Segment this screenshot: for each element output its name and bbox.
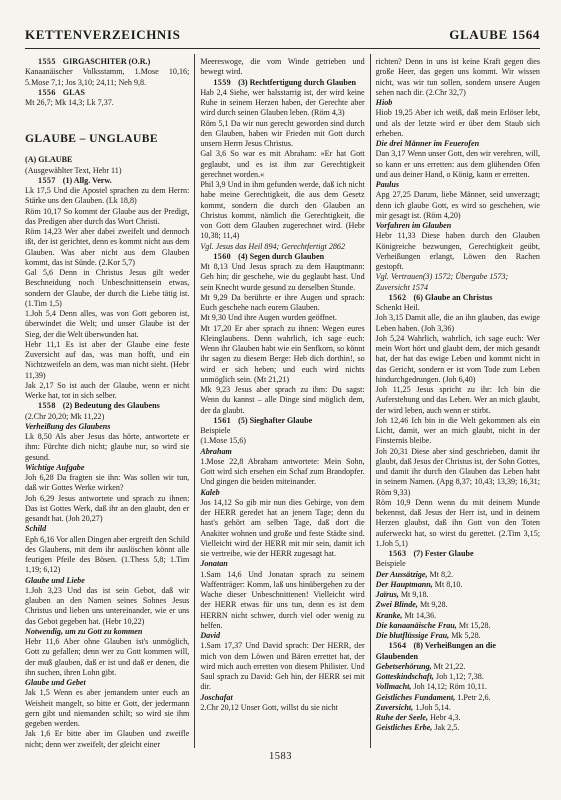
example-name: Kranke, bbox=[376, 611, 403, 620]
example-name: Jaïrus, bbox=[376, 590, 399, 599]
verse-paragraph: Röm 14,23 Wer aber dabei zweifelt und de… bbox=[25, 227, 189, 268]
cross-reference: Vgl. Vertrauen(3) 1572; Übergabe 1573; Z… bbox=[376, 272, 540, 293]
verse-paragraph: 1.Sam 17,37 Und David sprach: Der HERR, … bbox=[200, 641, 364, 692]
entry-heading: 1562(6) Glaube an Christus bbox=[376, 293, 540, 303]
example-reference: Mt 8,2. bbox=[428, 570, 454, 579]
entry-number: 1561 bbox=[213, 416, 231, 425]
topic-subheading: Verheißung des Glaubens bbox=[25, 422, 189, 432]
verse-paragraph: Mt 9,30 Und ihre Augen wurden geöffnet. bbox=[200, 313, 364, 323]
entry-number: 1560 bbox=[213, 252, 231, 261]
example-name: Der Hauptmann, bbox=[376, 580, 433, 589]
page-number: 1583 bbox=[0, 751, 561, 762]
verse-paragraph: 1.Joh 3,23 Und das ist sein Gebot, daß w… bbox=[25, 586, 189, 627]
entry-number: 1563 bbox=[389, 549, 407, 558]
entry-title: (5) Sieghafter Glaube bbox=[238, 416, 312, 425]
verse-paragraph: Röm 10,9 Denn wenn du mit deinem Munde b… bbox=[376, 498, 540, 549]
topic-subheading: Die drei Männer im Feuerofen bbox=[376, 139, 540, 149]
verse-paragraph: Hiob 19,25 Aber ich weiß, daß mein Erlös… bbox=[376, 108, 540, 139]
verse-paragraph: Hab 2,4 Siehe, wer halsstarrig ist, der … bbox=[200, 88, 364, 119]
verse-paragraph: Meereswoge, die vom Winde getrieben und … bbox=[200, 57, 364, 78]
example-item: Vollmacht, Joh 14,12; Röm 10,11. bbox=[376, 682, 540, 692]
verse-paragraph: Gal 5,6 Denn in Christus Jesus gilt wede… bbox=[25, 268, 189, 309]
entry-heading: 1559(3) Rechtfertigung durch Glauben bbox=[200, 78, 364, 88]
entry-heading: 1555GIRGASCHITER (O.R.) bbox=[25, 57, 189, 67]
entry-number: 1558 bbox=[38, 401, 56, 410]
subsection-heading: (A) GLAUBE bbox=[25, 155, 189, 165]
example-reference: Joh 14,12; Röm 10,11. bbox=[411, 682, 486, 691]
topic-subheading: Glaube und Liebe bbox=[25, 576, 189, 586]
entry-heading: 1564(8) Verheißungen an die Glaubenden bbox=[376, 641, 540, 662]
entry-heading: 1557(1) Allg. Verw. bbox=[25, 176, 189, 186]
example-item: Jaïrus, Mt 9,18. bbox=[376, 590, 540, 600]
note-line: (2.Chr 20,20; Mk 11,22) bbox=[25, 412, 189, 422]
example-reference: Mt 9,18. bbox=[399, 590, 429, 599]
verse-paragraph: Hebr 11,6 Aber ohne Glauben ist's unmögl… bbox=[25, 637, 189, 678]
topic-subheading: Schild bbox=[25, 524, 189, 534]
example-reference: Mk 5,28. bbox=[449, 631, 480, 640]
note-line: Beispiele bbox=[200, 426, 364, 436]
example-name: Geistliches Fundament, bbox=[376, 693, 456, 702]
verse-paragraph: Gal 3,6 So war es mit Abraham: »Er hat G… bbox=[200, 149, 364, 180]
verse-paragraph: Röm 5,1 Da wir nun gerecht geworden sind… bbox=[200, 119, 364, 150]
spacer bbox=[25, 145, 189, 155]
example-item: Der Hauptmann, Mt 8,10. bbox=[376, 580, 540, 590]
entry-number: 1559 bbox=[213, 78, 231, 87]
example-item: Kranke, Mt 14,36. bbox=[376, 611, 540, 621]
entry-number: 1555 bbox=[38, 57, 56, 66]
topic-subheading: Kaleb bbox=[200, 488, 364, 498]
verse-paragraph: Joh 12,46 Ich bin in die Welt gekommen a… bbox=[376, 416, 540, 447]
entry-title: GLAS bbox=[63, 88, 85, 97]
verse-paragraph: Mt 8,13 Und Jesus sprach zu dem Hauptman… bbox=[200, 262, 364, 293]
example-name: Die blutflüssige Frau, bbox=[376, 631, 450, 640]
entry-title: (4) Segen durch Glauben bbox=[238, 252, 324, 261]
verse-paragraph: Joh 5,24 Wahrlich, wahrlich, ich sage eu… bbox=[376, 334, 540, 385]
entry-heading: 1563(7) Fester Glaube bbox=[376, 549, 540, 559]
cross-reference: Vgl. Jesus das Heil 894; Gerechtfertigt … bbox=[200, 242, 364, 252]
verse-paragraph: Joh 11,25 Jesus spricht zu ihr: Ich bin … bbox=[376, 385, 540, 416]
verse-paragraph: Jos 14,12 So gib mir nun dies Gebirge, v… bbox=[200, 498, 364, 560]
example-item: Gotteskindschaft, Joh 1,12; 7,38. bbox=[376, 672, 540, 682]
verse-paragraph: Jak 1,6 Er bitte aber im Glauben und zwe… bbox=[25, 729, 189, 748]
topic-subheading: Joschafat bbox=[200, 693, 364, 703]
topic-subheading: Glaube und Gebet bbox=[25, 678, 189, 688]
topic-subheading: Abraham bbox=[200, 447, 364, 457]
verse-paragraph: Lk 17,5 Und die Apostel sprachen zu dem … bbox=[25, 186, 189, 207]
topic-subheading: Hiob bbox=[376, 98, 540, 108]
entry-title: (6) Glaube an Christus bbox=[413, 293, 492, 302]
entry-title: (3) Rechtfertigung durch Glauben bbox=[238, 78, 356, 87]
verse-paragraph: Mt 17,20 Er aber sprach zu ihnen: Wegen … bbox=[200, 324, 364, 386]
verse-paragraph: Dan 3,17 Wenn unser Gott, den wir verehr… bbox=[376, 149, 540, 180]
page-column-2: Meereswoge, die vom Winde getrieben und … bbox=[194, 54, 369, 748]
verse-paragraph: Röm 10,17 So kommt der Glaube aus der Pr… bbox=[25, 207, 189, 228]
example-name: Gebetserhörung, bbox=[376, 662, 432, 671]
verse-paragraph: Mt 9,29 Da berührte er ihre Augen und sp… bbox=[200, 293, 364, 314]
verse-paragraph: Lk 8,50 Als aber Jesus das hörte, antwor… bbox=[25, 432, 189, 463]
entry-heading: 1556GLAS bbox=[25, 88, 189, 98]
example-item: Zuversicht, 1.Joh 5,14. bbox=[376, 703, 540, 713]
book-page: KETTENVERZEICHNIS GLAUBE 1564 1555GIRGAS… bbox=[0, 0, 561, 800]
entry-number: 1564 bbox=[389, 641, 407, 650]
example-item: Gebetserhörung, Mt 21,22. bbox=[376, 662, 540, 672]
header-rule bbox=[25, 48, 540, 49]
verse-paragraph: 1.Sam 14,6 Und Jonatan sprach zu seinem … bbox=[200, 570, 364, 632]
verse-paragraph: Apg 27,25 Darum, liebe Männer, seid unve… bbox=[376, 190, 540, 221]
verse-paragraph: Eph 6,16 Vor allen Dingen aber ergreift … bbox=[25, 535, 189, 576]
entry-title: (1) Allg. Verw. bbox=[63, 176, 112, 185]
verse-paragraph: Jak 2,17 So ist auch der Glaube, wenn er… bbox=[25, 381, 189, 402]
verse-paragraph: Joh 6,28 Da fragten sie ihn: Was sollen … bbox=[25, 473, 189, 494]
entry-number: 1556 bbox=[38, 88, 56, 97]
verse-paragraph: Hebr 11,1 Es ist aber der Glaube eine fe… bbox=[25, 340, 189, 381]
example-reference: Mt 21,22. bbox=[432, 662, 466, 671]
entry-title: (2) Bedeutung des Glaubens bbox=[63, 401, 160, 410]
topic-subheading: Vorfahren im Glauben bbox=[376, 221, 540, 231]
spacer bbox=[25, 108, 189, 132]
example-reference: Mt 15,28. bbox=[457, 621, 491, 630]
verse-paragraph: Joh 6,29 Jesus antwortete und sprach zu … bbox=[25, 494, 189, 525]
example-item: Ruhe der Seele, Hebr 4,3. bbox=[376, 713, 540, 723]
example-reference: Mt 9,28. bbox=[418, 600, 448, 609]
example-item: Geistliches Erbe, Jak 2,5. bbox=[376, 723, 540, 733]
example-name: Vollmacht, bbox=[376, 682, 412, 691]
verse-paragraph: 1.Mose 22,8 Abraham antwortete: Mein Soh… bbox=[200, 457, 364, 488]
entry-title: GIRGASCHITER (O.R.) bbox=[63, 57, 150, 66]
example-name: Geistliches Erbe, bbox=[376, 723, 433, 732]
entry-title: (7) Fester Glaube bbox=[413, 549, 473, 558]
note-line: (1.Mose 15,6) bbox=[200, 436, 364, 446]
example-reference: Joh 1,12; 7,38. bbox=[434, 672, 484, 681]
verse-paragraph: Joh 3,15 Damit alle, die an ihn glauben,… bbox=[376, 313, 540, 334]
entry-number: 1557 bbox=[38, 176, 56, 185]
entry-number: 1562 bbox=[389, 293, 407, 302]
verse-paragraph: Mt 26,7; Mk 14,3; Lk 7,37. bbox=[25, 98, 189, 108]
example-name: Ruhe der Seele, bbox=[376, 713, 428, 722]
example-item: Der Aussätzige, Mt 8,2. bbox=[376, 570, 540, 580]
verse-paragraph: richten? Denn in uns ist keine Kraft geg… bbox=[376, 57, 540, 98]
example-item: Die kanaanäische Frau, Mt 15,28. bbox=[376, 621, 540, 631]
example-reference: Mt 8,10. bbox=[433, 580, 463, 589]
text-columns: 1555GIRGASCHITER (O.R.)Kanaanäischer Vol… bbox=[25, 54, 540, 748]
page-column-3: richten? Denn in uns ist keine Kraft geg… bbox=[370, 54, 540, 748]
topic-subheading: David bbox=[200, 631, 364, 641]
example-item: Geistliches Fundament, 1.Petr 2,6. bbox=[376, 693, 540, 703]
verse-paragraph: Phil 3,9 Und in ihm gefunden werde, daß … bbox=[200, 180, 364, 242]
example-reference: Mt 14,36. bbox=[402, 611, 436, 620]
topic-subheading: Wichtige Aufgabe bbox=[25, 463, 189, 473]
verse-paragraph: 2.Chr 20,12 Unser Gott, willst du sie ni… bbox=[200, 703, 364, 713]
verse-paragraph: Jak 1,5 Wenn es aber jemandem unter euch… bbox=[25, 688, 189, 729]
example-name: Zuversicht, bbox=[376, 703, 414, 712]
entry-heading: 1560(4) Segen durch Glauben bbox=[200, 252, 364, 262]
running-head-left: KETTENVERZEICHNIS bbox=[25, 27, 180, 43]
example-name: Zwei Blinde, bbox=[376, 600, 418, 609]
example-reference: 1.Petr 2,6. bbox=[455, 693, 490, 702]
example-name: Die kanaanäische Frau, bbox=[376, 621, 457, 630]
example-reference: Jak 2,5. bbox=[432, 723, 459, 732]
entry-heading: 1561(5) Sieghafter Glaube bbox=[200, 416, 364, 426]
verse-paragraph: 1.Joh 5,4 Denn alles, was von Gott gebor… bbox=[25, 309, 189, 340]
example-item: Die blutflüssige Frau, Mk 5,28. bbox=[376, 631, 540, 641]
topic-subheading: Jonatan bbox=[200, 559, 364, 569]
example-name: Der Aussätzige, bbox=[376, 570, 428, 579]
note-line: (Ausgewählter Text, Hebr 11) bbox=[25, 166, 189, 176]
example-item: Zwei Blinde, Mt 9,28. bbox=[376, 600, 540, 610]
topic-subheading: Paulus bbox=[376, 180, 540, 190]
page-column-1: 1555GIRGASCHITER (O.R.)Kanaanäischer Vol… bbox=[25, 54, 194, 748]
example-name: Gotteskindschaft, bbox=[376, 672, 434, 681]
verse-paragraph: Kanaanäischer Volksstamm, 1.Mose 10,16; … bbox=[25, 67, 189, 88]
note-line: Beispiele bbox=[376, 559, 540, 569]
note-line: Schenkt Heil. bbox=[376, 303, 540, 313]
running-head: KETTENVERZEICHNIS GLAUBE 1564 bbox=[25, 27, 540, 43]
verse-paragraph: Joh 20,31 Diese aber sind geschrieben, d… bbox=[376, 447, 540, 498]
entry-heading: 1558(2) Bedeutung des Glaubens bbox=[25, 401, 189, 411]
verse-paragraph: Mk 9,23 Jesus aber sprach zu ihm: Du sag… bbox=[200, 385, 364, 416]
topic-subheading: Notwendig, um zu Gott zu kommen bbox=[25, 627, 189, 637]
example-reference: Hebr 4,3. bbox=[428, 713, 460, 722]
section-heading: GLAUBE – UNGLAUBE bbox=[25, 132, 189, 145]
running-head-right: GLAUBE 1564 bbox=[449, 27, 540, 43]
verse-paragraph: Hebr 11,33 Diese haben durch den Glauben… bbox=[376, 231, 540, 272]
example-reference: 1.Joh 5,14. bbox=[413, 703, 451, 712]
